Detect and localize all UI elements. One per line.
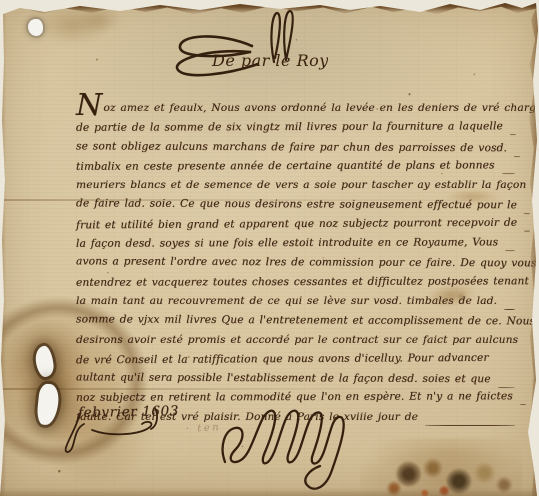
manuscript-line-text: de vré Conseil et la ratiffication que n… bbox=[76, 352, 489, 367]
manuscript-line: somme de vjxx mil livres Que a l'entrete… bbox=[76, 314, 517, 335]
manuscript-line-text: se sont obligez aulcuns marchans de fair… bbox=[76, 140, 507, 154]
manuscript-line: timbalix en ceste presente année de cert… bbox=[76, 159, 517, 180]
manuscript-line-text: timbalix en ceste presente année de cert… bbox=[76, 159, 495, 172]
heading-text: De par le Roy bbox=[211, 51, 328, 70]
line-filler-dash bbox=[505, 250, 515, 252]
manuscript-line: de partie de la somme de six vingtz mil … bbox=[76, 121, 517, 142]
manuscript-line-text: la main tant au recouvrement de ce qui s… bbox=[76, 295, 497, 307]
manuscript-line-text: de faire lad. soie. Ce que nous desirons… bbox=[76, 198, 517, 212]
paper-edge-left bbox=[0, 0, 6, 496]
manuscript-line: se sont obligez aulcuns marchans de fair… bbox=[76, 140, 517, 161]
line-filler-dash bbox=[498, 387, 515, 389]
manuscript-line: de vré Conseil et la ratiffication que n… bbox=[76, 352, 517, 374]
manuscript-line: desirons avoir esté promis et accordé pa… bbox=[76, 334, 517, 353]
manuscript-line-text: avons a present l'ordre avec noz lres de… bbox=[76, 256, 537, 270]
manuscript-line-text: la façon desd. soyes si une fois elle es… bbox=[76, 236, 498, 249]
manuscript-line: Noz amez et feaulx, Nous avons ordonné l… bbox=[76, 102, 517, 121]
parchment-paper: De par le Roy Noz amez et feaulx, Nous a… bbox=[0, 0, 539, 496]
manuscript-line: la main tant au recouvrement de ce qui s… bbox=[76, 295, 517, 314]
manuscript-line-text: Noz amez et feaulx, Nous avons ordonné l… bbox=[76, 102, 539, 114]
manuscript-line: la façon desd. soyes si une fois elle es… bbox=[76, 236, 517, 257]
manuscript-line-text: aultant qu'il sera possible l'establisse… bbox=[76, 371, 491, 385]
line-filler-dash bbox=[504, 308, 515, 310]
manuscript-line: entendrez et vacquerez toutes choses ces… bbox=[76, 275, 517, 296]
manuscript-line-text: entendrez et vacquerez toutes choses ces… bbox=[76, 275, 529, 289]
letter-heading: De par le Roy bbox=[168, 6, 328, 86]
scanned-royal-letter: De par le Roy Noz amez et feaulx, Nous a… bbox=[0, 0, 539, 496]
manuscript-line-text: somme de vjxx mil livres Que a l'entrete… bbox=[76, 314, 535, 328]
manuscript-line-text: de partie de la somme de six vingtz mil … bbox=[76, 121, 503, 134]
line-filler-dash bbox=[510, 134, 516, 136]
manuscript-line-text: fruit et utilité bien grand et apparent … bbox=[76, 216, 517, 231]
manuscript-line-text: desirons avoir esté promis et accordé pa… bbox=[76, 334, 518, 346]
manuscript-line: fruit et utilité bien grand et apparent … bbox=[76, 216, 517, 238]
manuscript-line: meuriers blancs et de semence de vers a … bbox=[76, 179, 517, 198]
dateline: febvrier 1603 bbox=[78, 403, 179, 421]
manuscript-line-text: meuriers blancs et de semence de vers a … bbox=[76, 179, 526, 191]
letter-body: Noz amez et feaulx, Nous avons ordonné l… bbox=[76, 102, 517, 430]
line-filler-dash bbox=[533, 192, 539, 194]
royal-signature bbox=[215, 396, 355, 496]
manuscript-line: avons a present l'ordre avec noz lres de… bbox=[76, 256, 517, 277]
line-filler-dash bbox=[514, 155, 520, 157]
swash-initial: N bbox=[76, 88, 102, 123]
line-filler-dash bbox=[502, 172, 515, 174]
line-filler-dash bbox=[425, 424, 515, 426]
manuscript-line: de faire lad. soie. Ce que nous desirons… bbox=[76, 198, 517, 219]
paper-edge-bottom bbox=[0, 488, 539, 496]
punched-hole bbox=[28, 19, 43, 36]
